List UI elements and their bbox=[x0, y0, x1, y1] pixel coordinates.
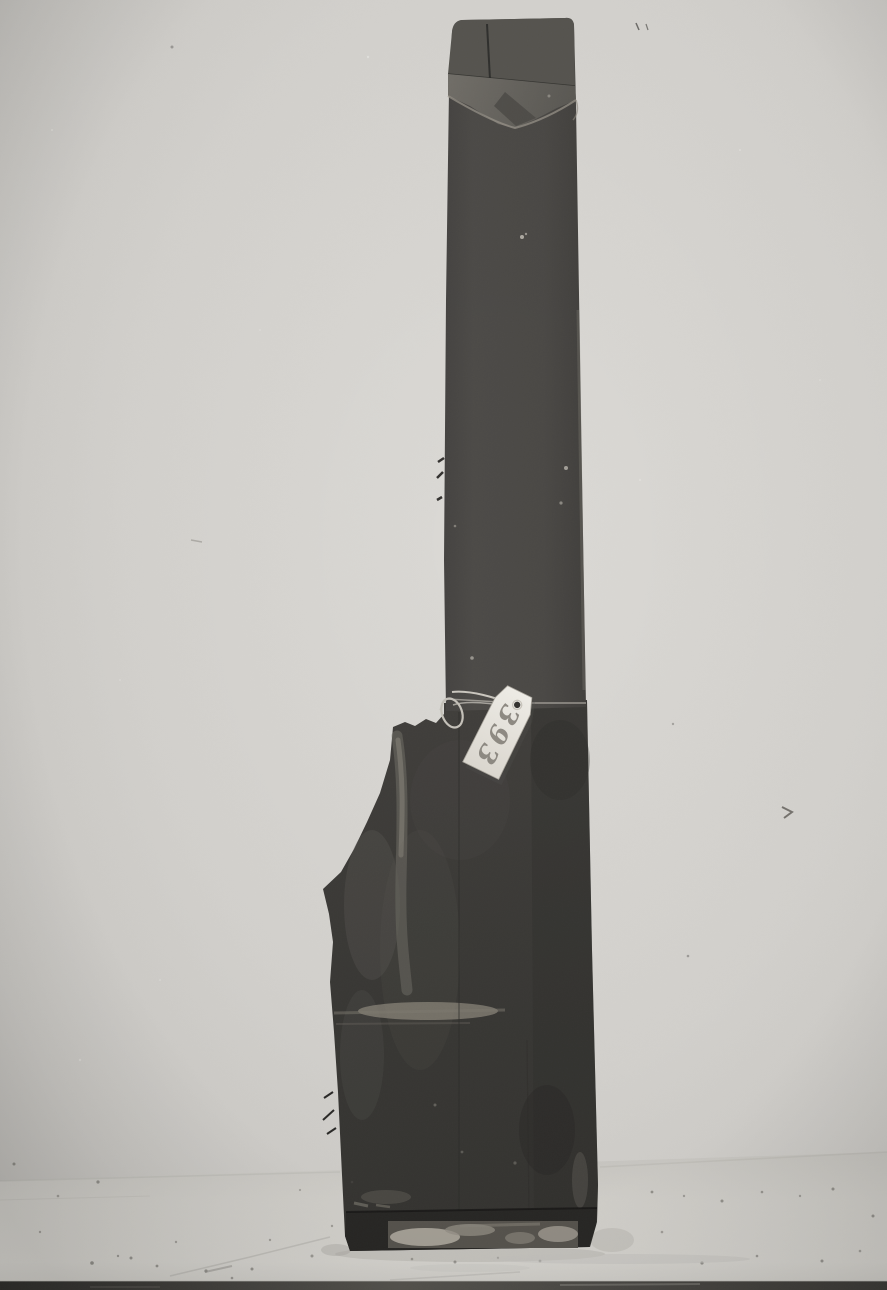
film-grain bbox=[0, 0, 887, 1290]
archive-photograph: 393 bbox=[0, 0, 887, 1290]
photo-canvas: 393 bbox=[0, 0, 887, 1290]
